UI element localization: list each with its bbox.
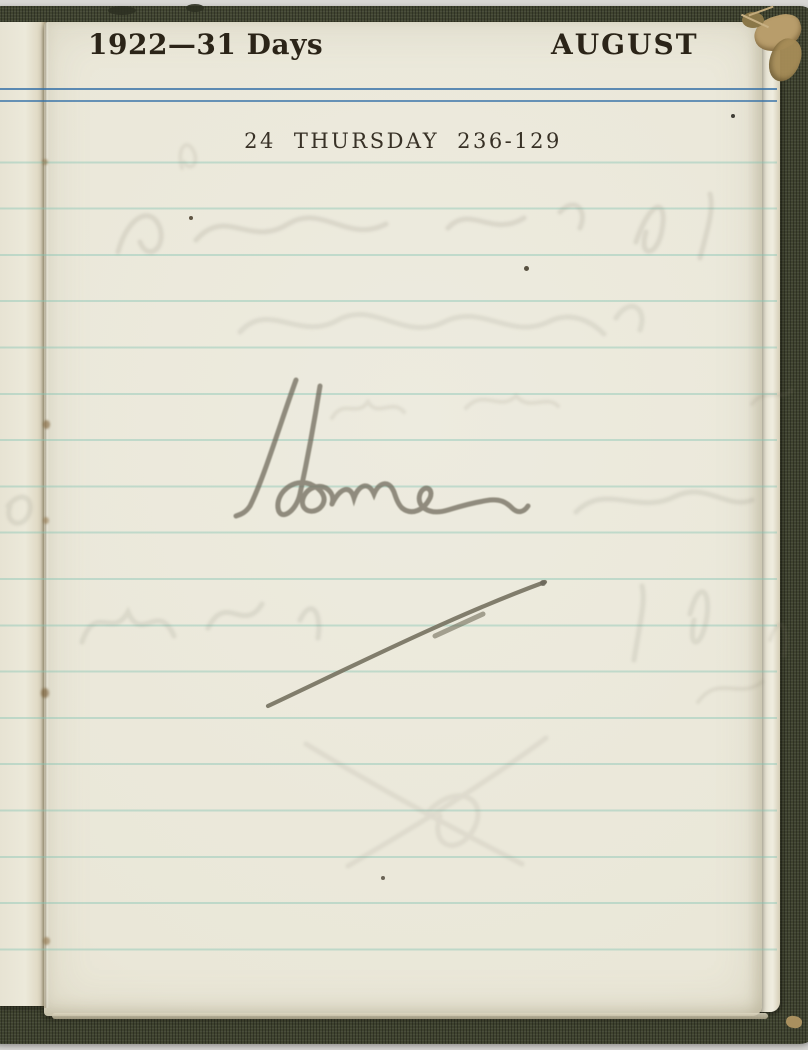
foxing-spot	[43, 517, 49, 524]
cover-frayed-edge	[108, 6, 136, 15]
foxing-spot	[42, 159, 48, 165]
paper-speck	[731, 114, 735, 118]
diary-page	[44, 22, 762, 1016]
date-line: 24THURSDAY236-129	[150, 129, 656, 153]
cover-frayed-edge	[186, 4, 204, 12]
facing-page-edge	[0, 22, 46, 1006]
weekday: THURSDAY	[294, 129, 439, 153]
header-month: AUGUST	[551, 28, 699, 61]
page-stack-edge	[52, 1013, 768, 1019]
header-double-rule	[0, 88, 777, 102]
foxing-spot	[41, 688, 49, 698]
day-of-year-numbers: 236-129	[457, 129, 562, 153]
gutter-fold	[41, 22, 49, 1008]
foxing-spot	[43, 420, 50, 429]
day-number: 24	[244, 129, 276, 153]
paper-speck	[524, 266, 529, 271]
worn-corner	[738, 10, 808, 106]
paper-speck	[381, 876, 385, 880]
paper-speck	[189, 216, 193, 220]
foxing-spot	[43, 937, 50, 945]
header-year-days: 1922—31 Days	[88, 28, 323, 61]
diary-photograph: 1922—31 Days AUGUST 24THURSDAY236-129	[0, 0, 808, 1050]
